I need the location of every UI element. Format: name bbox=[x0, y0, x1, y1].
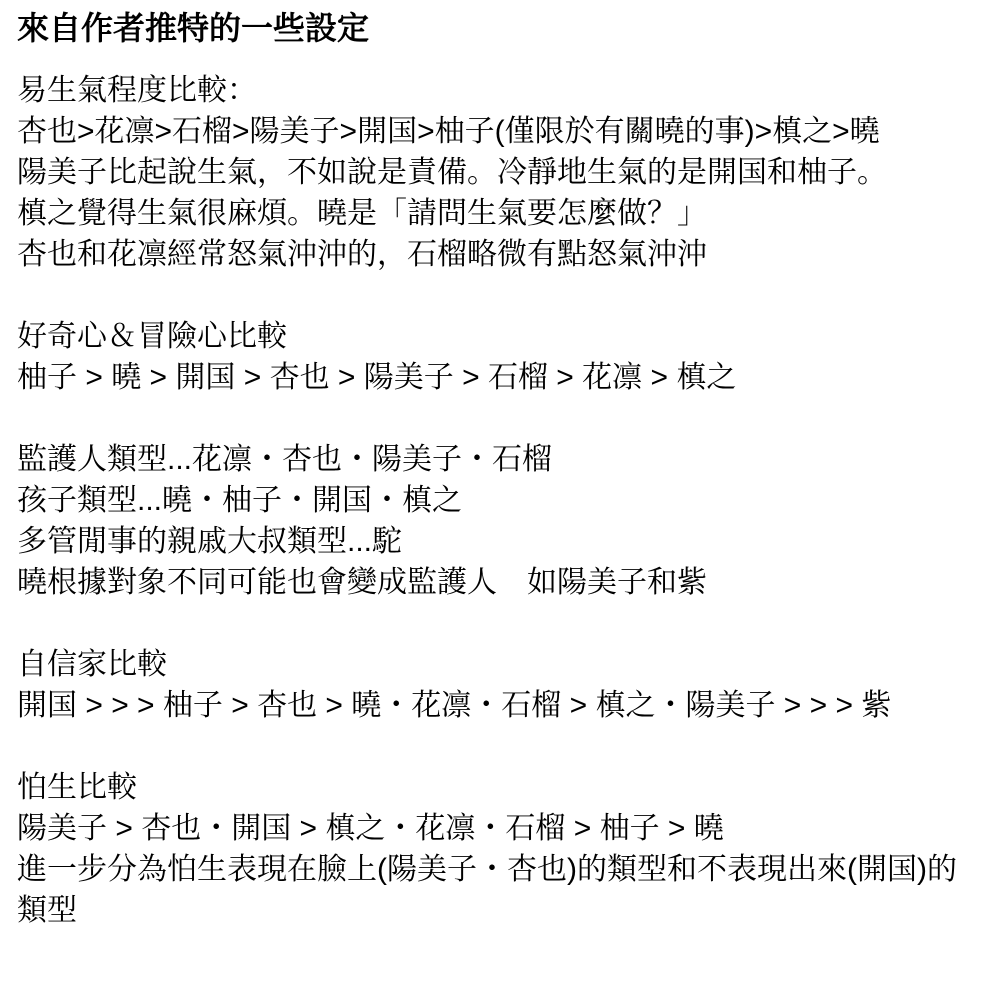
text-line: 怕生比較 bbox=[17, 767, 1000, 808]
section-self-confidence-comparison: 自信家比較 開国 > > > 柚子 > 杏也 > 曉・花凛・石榴 > 槙之・陽美… bbox=[17, 644, 1000, 726]
section-shyness-comparison: 怕生比較 陽美子 > 杏也・開国 > 槙之・花凛・石榴 > 柚子 > 曉 進一步… bbox=[17, 767, 1000, 931]
text-line: 好奇心＆冒險心比較 bbox=[17, 316, 1000, 357]
section-curiosity-adventure-comparison: 好奇心＆冒險心比較 柚子 > 曉 > 開国 > 杏也 > 陽美子 > 石榴 > … bbox=[17, 316, 1000, 398]
text-line: 監護人類型...花凛・杏也・陽美子・石榴 bbox=[17, 439, 1000, 480]
text-line: 孩子類型...曉・柚子・開国・槙之 bbox=[17, 480, 1000, 521]
text-line: 陽美子 > 杏也・開国 > 槙之・花凛・石榴 > 柚子 > 曉 bbox=[17, 808, 1000, 849]
text-line: 類型 bbox=[17, 890, 1000, 931]
text-line: 杏也>花凛>石榴>陽美子>開国>柚子(僅限於有關曉的事)>槙之>曉 bbox=[17, 111, 1000, 152]
text-line: 多管閒事的親戚大叔類型...駝 bbox=[17, 521, 1000, 562]
section-easily-angered-comparison: 易生氣程度比較： 杏也>花凛>石榴>陽美子>開国>柚子(僅限於有關曉的事)>槙之… bbox=[17, 70, 1000, 275]
section-guardian-and-child-types: 監護人類型...花凛・杏也・陽美子・石榴 孩子類型...曉・柚子・開国・槙之 多… bbox=[17, 439, 1000, 603]
document-page: 來自作者推特的一些設定 易生氣程度比較： 杏也>花凛>石榴>陽美子>開国>柚子(… bbox=[0, 0, 1000, 1000]
text-line: 陽美子比起說生氣，不如說是責備。冷靜地生氣的是開国和柚子。 bbox=[17, 152, 1000, 193]
text-line: 槙之覺得生氣很麻煩。曉是「請問生氣要怎麼做？」 bbox=[17, 193, 1000, 234]
text-line: 進一步分為怕生表現在臉上(陽美子・杏也)的類型和不表現出來(開国)的 bbox=[17, 849, 1000, 890]
text-line: 自信家比較 bbox=[17, 644, 1000, 685]
document-title: 來自作者推特的一些設定 bbox=[17, 6, 1000, 50]
text-line: 易生氣程度比較： bbox=[17, 70, 1000, 111]
text-line: 柚子 > 曉 > 開国 > 杏也 > 陽美子 > 石榴 > 花凛 > 槙之 bbox=[17, 357, 1000, 398]
text-line: 開国 > > > 柚子 > 杏也 > 曉・花凛・石榴 > 槙之・陽美子 > > … bbox=[17, 685, 1000, 726]
text-line: 杏也和花凛經常怒氣沖沖的，石榴略微有點怒氣沖沖 bbox=[17, 234, 1000, 275]
text-line: 曉根據對象不同可能也會變成監護人 如陽美子和紫 bbox=[17, 562, 1000, 603]
